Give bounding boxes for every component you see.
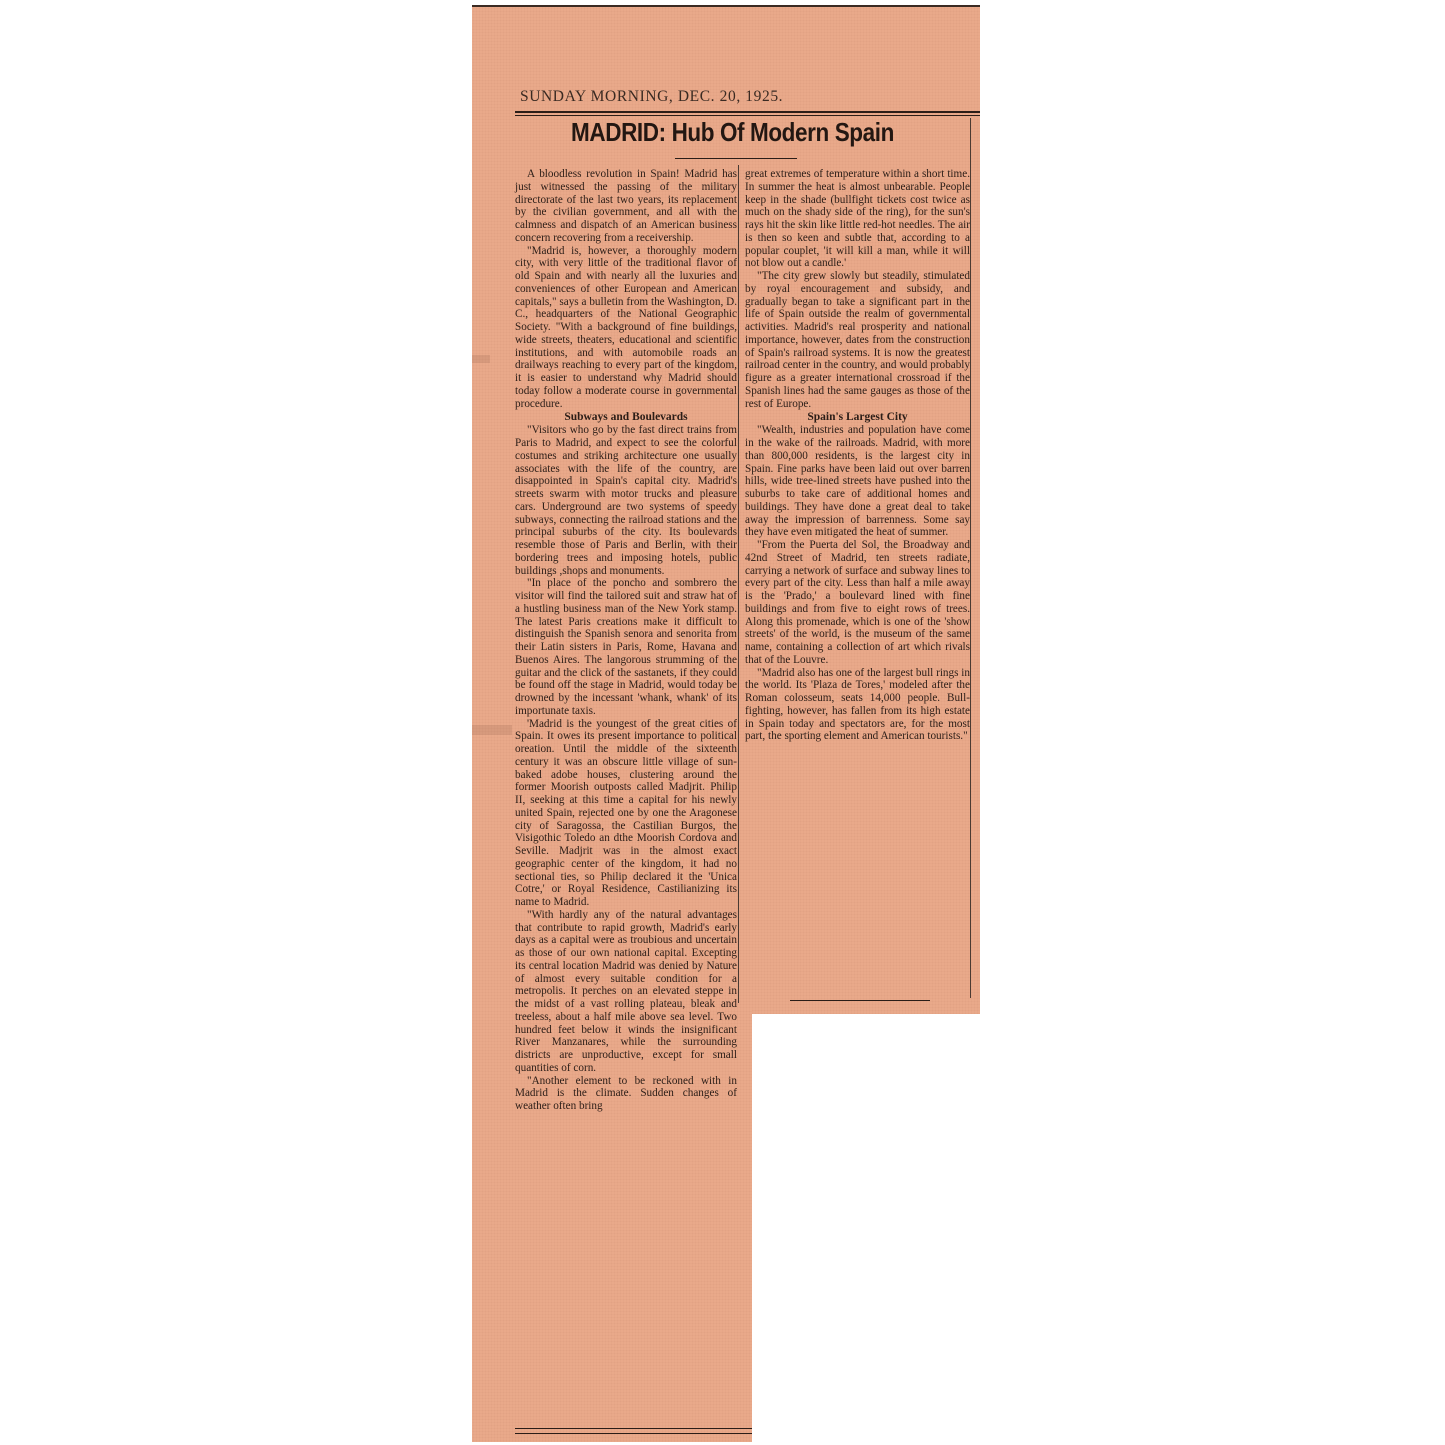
column-divider (738, 165, 739, 1003)
article-paragraph: "From the Puerta del Sol, the Broadway a… (745, 539, 970, 667)
article-paragraph: "Madrid is, however, a thoroughly modern… (515, 245, 737, 411)
bottom-rule (515, 1428, 752, 1429)
article-paragraph: "Madrid also has one of the largest bull… (745, 667, 970, 744)
article-paragraph: "In place of the poncho and sombrero the… (515, 577, 737, 717)
article-paragraph: "Visitors who go by the fast direct trai… (515, 424, 737, 577)
article-paragraph: 'Madrid is the youngest of the great cit… (515, 718, 737, 909)
article-paragraph: "The city grew slowly but steadily, stim… (745, 270, 970, 410)
article-paragraph: great extremes of temperature within a s… (745, 168, 970, 270)
article-end-rule (790, 1000, 930, 1001)
lead-paragraph: A bloodless revolution in Spain! Madrid … (515, 168, 737, 244)
title-underline (675, 158, 797, 159)
fold-crease (472, 725, 512, 735)
article-title: MADRID: Hub Of Modern Spain (515, 118, 950, 148)
bottom-rule-2 (515, 1433, 752, 1434)
article-column-left: A bloodless revolution in Spain! Madrid … (515, 168, 737, 1113)
masthead-rule-thin (515, 115, 980, 116)
fold-crease (472, 355, 490, 363)
section-heading: Spain's Largest City (745, 410, 970, 424)
masthead-date: SUNDAY MORNING, DEC. 20, 1925. (520, 88, 783, 106)
article-paragraph: "Wealth, industries and population have … (745, 424, 970, 539)
article-column-right: great extremes of temperature within a s… (745, 168, 970, 743)
column-edge-rule (970, 118, 971, 998)
masthead-rule (515, 111, 980, 113)
article-paragraph: "With hardly any of the natural advantag… (515, 909, 737, 1075)
article-paragraph: A bloodless revolution in Spain! Madrid … (515, 168, 737, 245)
article-paragraph: "Another element to be reckoned with in … (515, 1075, 737, 1113)
section-heading: Subways and Boulevards (515, 410, 737, 424)
